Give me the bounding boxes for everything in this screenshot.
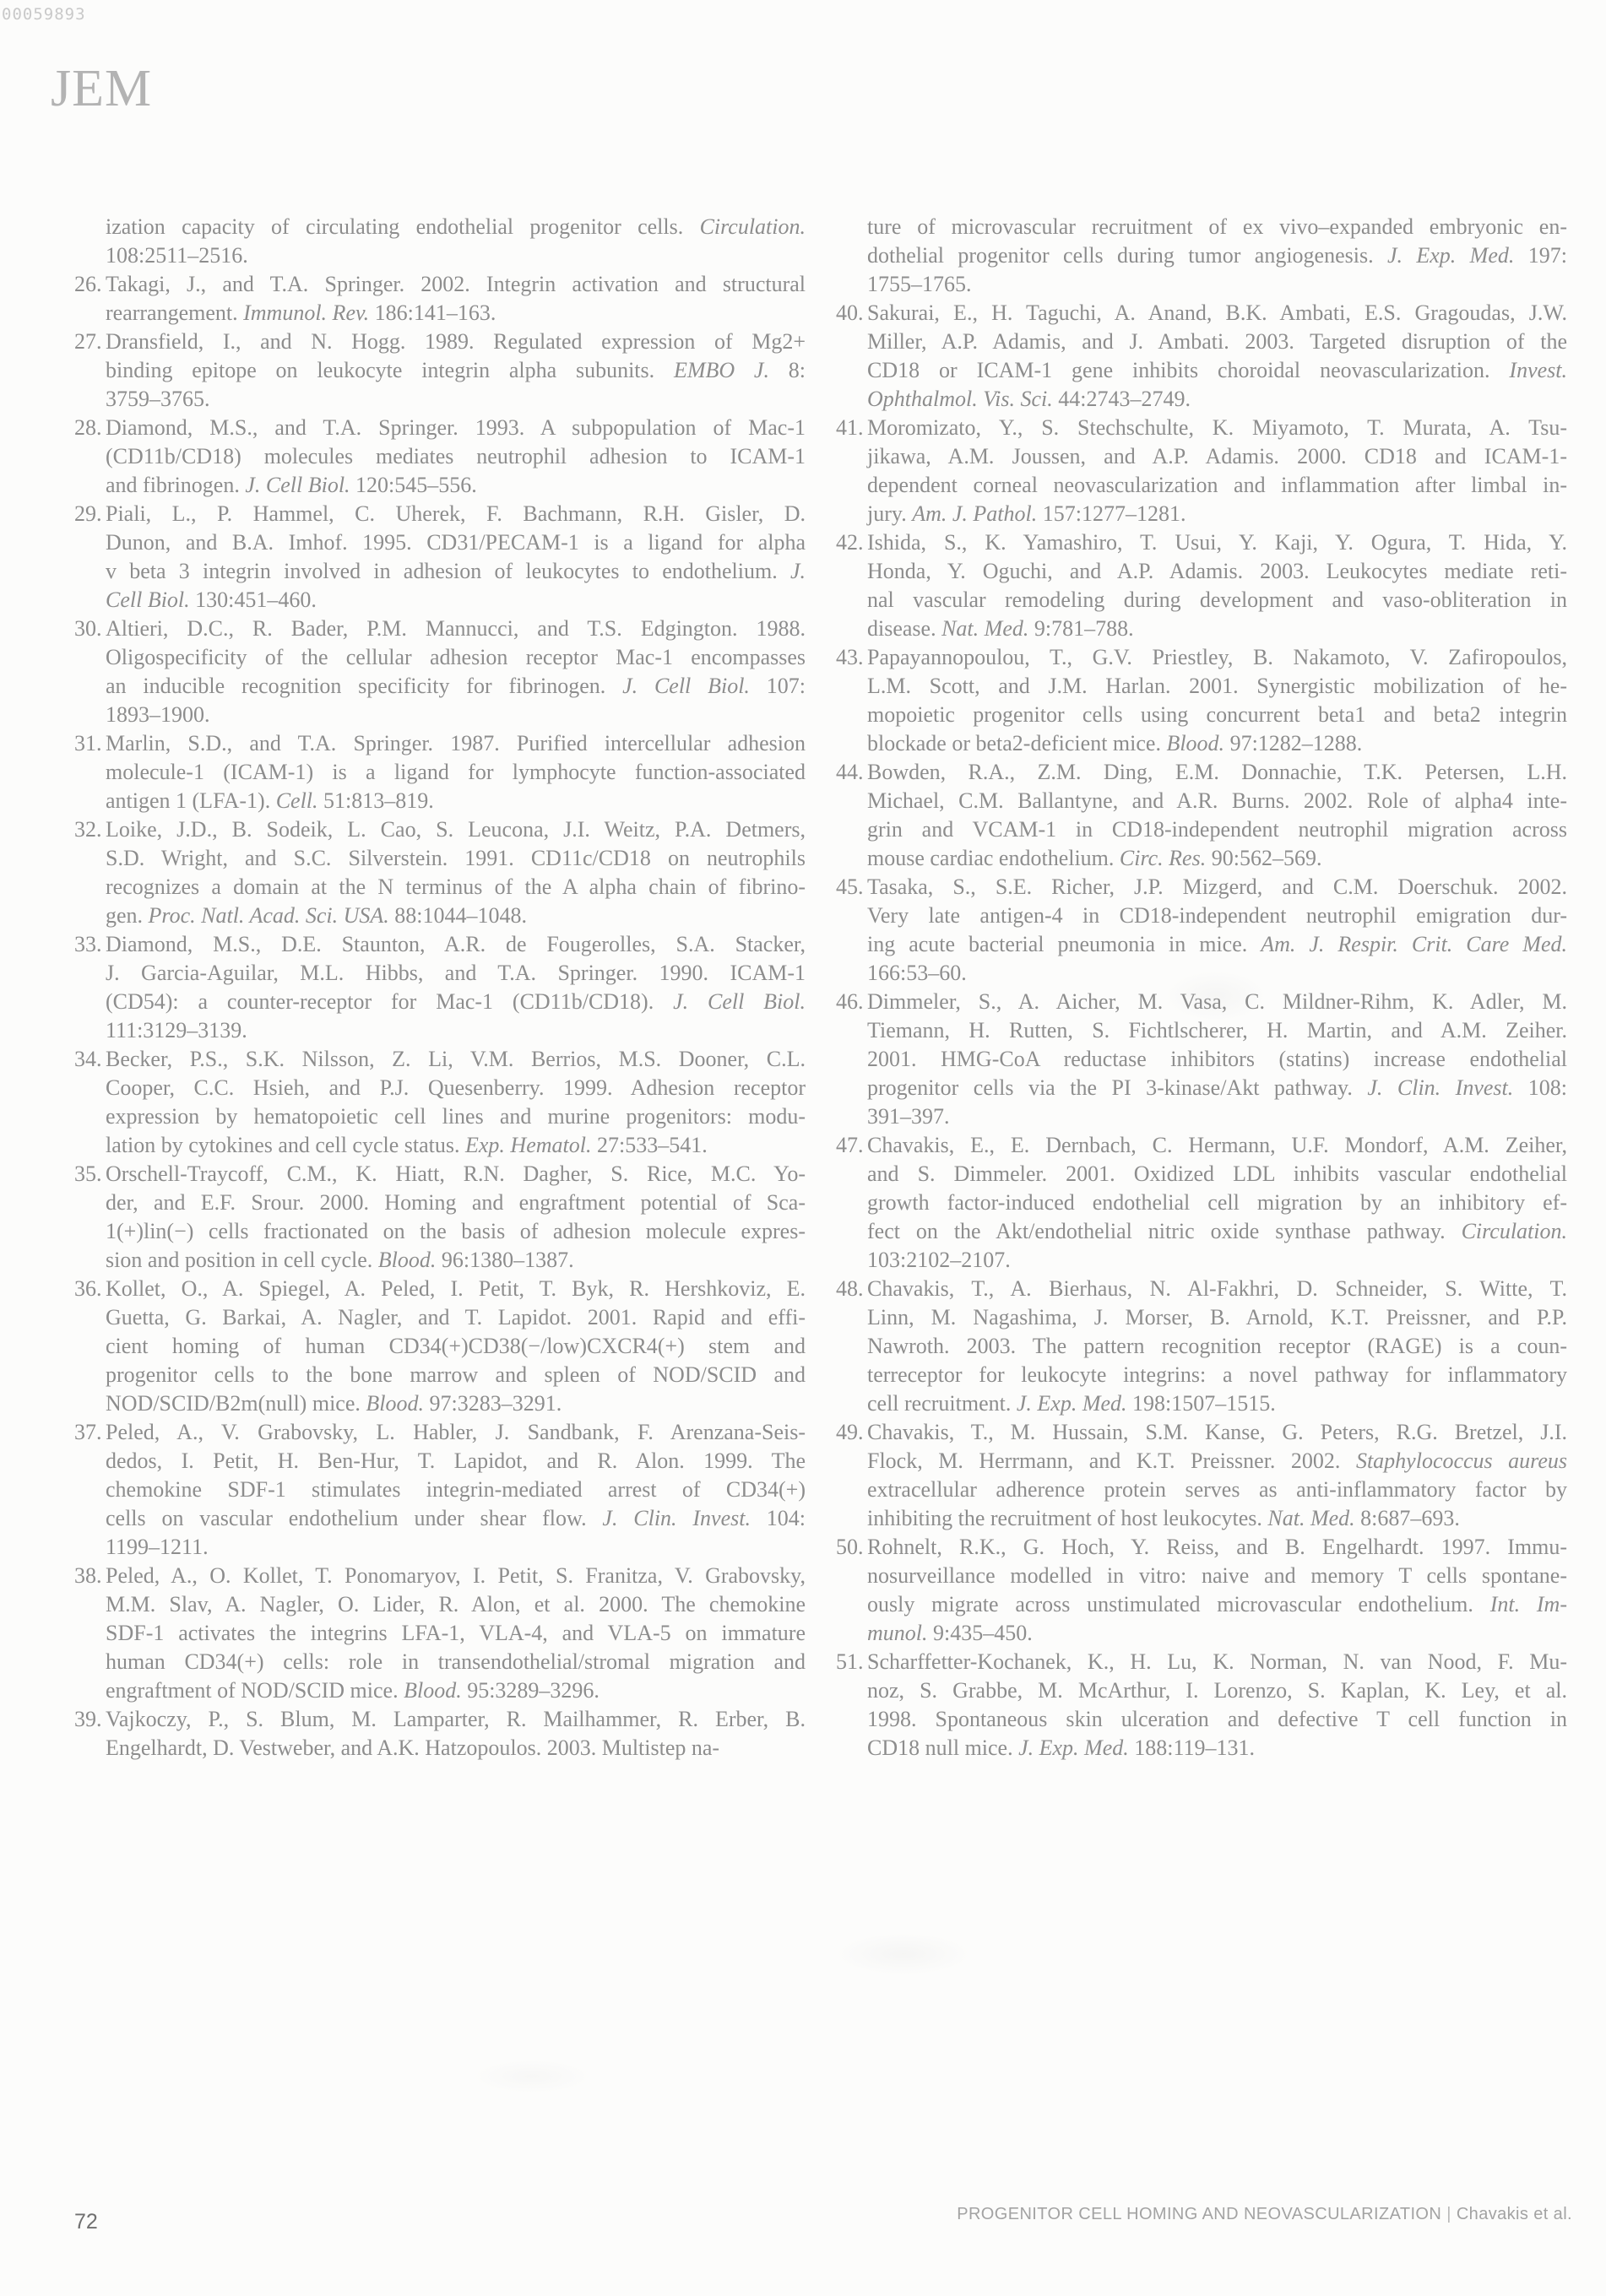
reference-text: Kollet, O., A. Spiegel, A. Peled, I. Pet… — [106, 1275, 806, 1418]
reference-number: 31. — [74, 729, 102, 758]
reference-line: extracellular adherence protein serves a… — [867, 1476, 1567, 1504]
reference-number: 37. — [74, 1418, 102, 1447]
reference-line: Tasaka, S., S.E. Richer, J.P. Mizgerd, a… — [867, 873, 1567, 902]
reference-text: Ishida, S., K. Yamashiro, T. Usui, Y. Ka… — [867, 528, 1567, 643]
reference-number: 29. — [74, 500, 102, 528]
reference-line: an inducible recognition specificity for… — [106, 672, 806, 701]
reference-line: binding epitope on leukocyte integrin al… — [106, 356, 806, 385]
reference-line: mopoietic progenitor cells using concurr… — [867, 701, 1567, 729]
reference-item: 43.Papayannopoulou, T., G.V. Priestley, … — [836, 643, 1567, 758]
reference-number: 48. — [836, 1275, 864, 1303]
reference-line: Peled, A., V. Grabovsky, L. Habler, J. S… — [106, 1418, 806, 1447]
reference-item: 27.Dransfield, I., and N. Hogg. 1989. Re… — [74, 328, 806, 414]
reference-text: Sakurai, E., H. Taguchi, A. Anand, B.K. … — [867, 299, 1567, 414]
reference-item: 33.Diamond, M.S., D.E. Staunton, A.R. de… — [74, 930, 806, 1045]
reference-item: 34.Becker, P.S., S.K. Nilsson, Z. Li, V.… — [74, 1045, 806, 1160]
reference-line: S.D. Wright, and S.C. Silverstein. 1991.… — [106, 844, 806, 873]
reference-line: Sakurai, E., H. Taguchi, A. Anand, B.K. … — [867, 299, 1567, 328]
reference-line: recognizes a domain at the N terminus of… — [106, 873, 806, 902]
footer-page-number: 72 — [74, 2210, 98, 2234]
reference-line: 1755–1765. — [867, 270, 1567, 299]
reference-line: Dransfield, I., and N. Hogg. 1989. Regul… — [106, 328, 806, 356]
reference-line: nosurveillance modelled in vitro: naive … — [867, 1562, 1567, 1590]
reference-text: Tasaka, S., S.E. Richer, J.P. Mizgerd, a… — [867, 873, 1567, 988]
reference-line: Engelhardt, D. Vestweber, and A.K. Hatzo… — [106, 1734, 806, 1763]
reference-line: Takagi, J., and T.A. Springer. 2002. Int… — [106, 270, 806, 299]
reference-item: 29.Piali, L., P. Hammel, C. Uherek, F. B… — [74, 500, 806, 615]
reference-item: 36.Kollet, O., A. Spiegel, A. Peled, I. … — [74, 1275, 806, 1418]
reference-line: Kollet, O., A. Spiegel, A. Peled, I. Pet… — [106, 1275, 806, 1303]
reference-line: dothelial progenitor cells during tumor … — [867, 241, 1567, 270]
reference-line: mouse cardiac endothelium. Circ. Res. 90… — [867, 844, 1567, 873]
footer-running-title: PROGENITOR CELL HOMING AND NEOVASCULARIZ… — [957, 2205, 1441, 2223]
paper-page: 00059893 JEM ization capacity of circula… — [0, 0, 1606, 2296]
reference-text: Altieri, D.C., R. Bader, P.M. Mannucci, … — [106, 615, 806, 729]
reference-number: 51. — [836, 1648, 864, 1676]
reference-line: Very late antigen-4 in CD18-independent … — [867, 902, 1567, 930]
reference-line: ization capacity of circulating endothel… — [106, 213, 806, 241]
reference-text: Takagi, J., and T.A. Springer. 2002. Int… — [106, 270, 806, 328]
reference-line: human CD34(+) cells: role in transendoth… — [106, 1648, 806, 1676]
reference-line: Piali, L., P. Hammel, C. Uherek, F. Bach… — [106, 500, 806, 528]
reference-item: 48.Chavakis, T., A. Bierhaus, N. Al-Fakh… — [836, 1275, 1567, 1418]
reference-line: lation by cytokines and cell cycle statu… — [106, 1131, 806, 1160]
reference-item: 50.Rohnelt, R.K., G. Hoch, Y. Reiss, and… — [836, 1533, 1567, 1648]
reference-line: cell recruitment. J. Exp. Med. 198:1507–… — [867, 1389, 1567, 1418]
reference-line: molecule-1 (ICAM-1) is a ligand for lymp… — [106, 758, 806, 787]
reference-line: L.M. Scott, and J.M. Harlan. 2001. Syner… — [867, 672, 1567, 701]
reference-line: disease. Nat. Med. 9:781–788. — [867, 615, 1567, 643]
reference-number: 38. — [74, 1562, 102, 1590]
reference-line: Dimmeler, S., A. Aicher, M. Vasa, C. Mil… — [867, 988, 1567, 1016]
reference-item: 38.Peled, A., O. Kollet, T. Ponomaryov, … — [74, 1562, 806, 1705]
reference-line: 1(+)lin(−) cells fractionated on the bas… — [106, 1217, 806, 1246]
reference-line: Papayannopoulou, T., G.V. Priestley, B. … — [867, 643, 1567, 672]
reference-line: ing acute bacterial pneumonia in mice. A… — [867, 930, 1567, 959]
footer-running-head: PROGENITOR CELL HOMING AND NEOVASCULARIZ… — [957, 2205, 1572, 2224]
reference-number: 45. — [836, 873, 864, 902]
reference-line: grin and VCAM-1 in CD18-independent neut… — [867, 815, 1567, 844]
reference-number: 46. — [836, 988, 864, 1016]
reference-line: fect on the Akt/endothelial nitric oxide… — [867, 1217, 1567, 1246]
reference-line: v beta 3 integrin involved in adhesion o… — [106, 557, 806, 586]
reference-text: Rohnelt, R.K., G. Hoch, Y. Reiss, and B.… — [867, 1533, 1567, 1648]
reference-line: Chavakis, T., A. Bierhaus, N. Al-Fakhri,… — [867, 1275, 1567, 1303]
reference-line: Loike, J.D., B. Sodeik, L. Cao, S. Leuco… — [106, 815, 806, 844]
reference-line: NOD/SCID/B2m(null) mice. Blood. 97:3283–… — [106, 1389, 806, 1418]
reference-number: 47. — [836, 1131, 864, 1160]
reference-line: M.M. Slav, A. Nagler, O. Lider, R. Alon,… — [106, 1590, 806, 1619]
reference-text: Scharffetter-Kochanek, K., H. Lu, K. Nor… — [867, 1648, 1567, 1763]
reference-text: Marlin, S.D., and T.A. Springer. 1987. P… — [106, 729, 806, 815]
reference-number: 32. — [74, 815, 102, 844]
reference-line: chemokine SDF-1 stimulates integrin-medi… — [106, 1476, 806, 1504]
reference-item: 35.Orschell-Traycoff, C.M., K. Hiatt, R.… — [74, 1160, 806, 1275]
reference-line: ture of microvascular recruitment of ex … — [867, 213, 1567, 241]
reference-number: 26. — [74, 270, 102, 299]
reference-number: 34. — [74, 1045, 102, 1074]
scan-smudge — [836, 1933, 971, 1975]
reference-item: 39.Vajkoczy, P., S. Blum, M. Lamparter, … — [74, 1705, 806, 1763]
footer-separator: | — [1441, 2205, 1457, 2223]
reference-line: (CD11b/CD18) molecules mediates neutroph… — [106, 442, 806, 471]
reference-line: dependent corneal neovascularization and… — [867, 471, 1567, 500]
reference-line: rearrangement. Immunol. Rev. 186:141–163… — [106, 299, 806, 328]
reference-item: 44.Bowden, R.A., Z.M. Ding, E.M. Donnach… — [836, 758, 1567, 873]
reference-number: 27. — [74, 328, 102, 356]
reference-line: CD18 or ICAM-1 gene inhibits choroidal n… — [867, 356, 1567, 385]
reference-number: 35. — [74, 1160, 102, 1189]
reference-line: 391–397. — [867, 1102, 1567, 1131]
reference-line: SDF-1 activates the integrins LFA-1, VLA… — [106, 1619, 806, 1648]
reference-line: growth factor-induced endothelial cell m… — [867, 1189, 1567, 1217]
reference-line: (CD54): a counter-receptor for Mac-1 (CD… — [106, 988, 806, 1016]
reference-number: 39. — [74, 1705, 102, 1734]
reference-line: Peled, A., O. Kollet, T. Ponomaryov, I. … — [106, 1562, 806, 1590]
reference-item: 47.Chavakis, E., E. Dernbach, C. Hermann… — [836, 1131, 1567, 1275]
reference-item: 37.Peled, A., V. Grabovsky, L. Habler, J… — [74, 1418, 806, 1562]
reference-line: terreceptor for leukocyte integrins: a n… — [867, 1361, 1567, 1389]
reference-line: 1893–1900. — [106, 701, 806, 729]
reference-line: Cooper, C.C. Hsieh, and P.J. Quesenberry… — [106, 1074, 806, 1102]
reference-line: Honda, Y. Oguchi, and A.P. Adamis. 2003.… — [867, 557, 1567, 586]
reference-line: Oligospecificity of the cellular adhesio… — [106, 643, 806, 672]
reference-line: CD18 null mice. J. Exp. Med. 188:119–131… — [867, 1734, 1567, 1763]
reference-line: Tiemann, H. Rutten, S. Fichtlscherer, H.… — [867, 1016, 1567, 1045]
scan-serial-number: 00059893 — [2, 5, 86, 24]
reference-text: Dransfield, I., and N. Hogg. 1989. Regul… — [106, 328, 806, 414]
reference-number: 49. — [836, 1418, 864, 1447]
reference-text: Becker, P.S., S.K. Nilsson, Z. Li, V.M. … — [106, 1045, 806, 1160]
reference-item: 31.Marlin, S.D., and T.A. Springer. 1987… — [74, 729, 806, 815]
reference-line: Ishida, S., K. Yamashiro, T. Usui, Y. Ka… — [867, 528, 1567, 557]
reference-item: 26.Takagi, J., and T.A. Springer. 2002. … — [74, 270, 806, 328]
reference-text: Chavakis, T., A. Bierhaus, N. Al-Fakhri,… — [867, 1275, 1567, 1418]
reference-line: Becker, P.S., S.K. Nilsson, Z. Li, V.M. … — [106, 1045, 806, 1074]
reference-line: progenitor cells via the PI 3-kinase/Akt… — [867, 1074, 1567, 1102]
reference-text: Chavakis, T., M. Hussain, S.M. Kanse, G.… — [867, 1418, 1567, 1533]
reference-line: Chavakis, E., E. Dernbach, C. Hermann, U… — [867, 1131, 1567, 1160]
reference-text: Diamond, M.S., D.E. Staunton, A.R. de Fo… — [106, 930, 806, 1045]
reference-line: Guetta, G. Barkai, A. Nagler, and T. Lap… — [106, 1303, 806, 1332]
reference-line: Rohnelt, R.K., G. Hoch, Y. Reiss, and B.… — [867, 1533, 1567, 1562]
reference-text: Piali, L., P. Hammel, C. Uherek, F. Bach… — [106, 500, 806, 615]
reference-number: 41. — [836, 414, 864, 442]
reference-text: Moromizato, Y., S. Stechschulte, K. Miya… — [867, 414, 1567, 528]
reference-line: Bowden, R.A., Z.M. Ding, E.M. Donnachie,… — [867, 758, 1567, 787]
reference-line: Orschell-Traycoff, C.M., K. Hiatt, R.N. … — [106, 1160, 806, 1189]
reference-text: Dimmeler, S., A. Aicher, M. Vasa, C. Mil… — [867, 988, 1567, 1131]
reference-line: engraftment of NOD/SCID mice. Blood. 95:… — [106, 1676, 806, 1705]
reference-line: noz, S. Grabbe, M. McArthur, I. Lorenzo,… — [867, 1676, 1567, 1705]
reference-line: inhibiting the recruitment of host leuko… — [867, 1504, 1567, 1533]
reference-item: ization capacity of circulating endothel… — [74, 213, 806, 270]
reference-line: der, and E.F. Srour. 2000. Homing and en… — [106, 1189, 806, 1217]
reference-line: Nawroth. 2003. The pattern recognition r… — [867, 1332, 1567, 1361]
reference-line: 111:3129–3139. — [106, 1016, 806, 1045]
reference-line: Diamond, M.S., and T.A. Springer. 1993. … — [106, 414, 806, 442]
reference-text: Papayannopoulou, T., G.V. Priestley, B. … — [867, 643, 1567, 758]
reference-text: Diamond, M.S., and T.A. Springer. 1993. … — [106, 414, 806, 500]
reference-line: expression by hematopoietic cell lines a… — [106, 1102, 806, 1131]
reference-item: 30.Altieri, D.C., R. Bader, P.M. Mannucc… — [74, 615, 806, 729]
reference-line: Scharffetter-Kochanek, K., H. Lu, K. Nor… — [867, 1648, 1567, 1676]
reference-number: 33. — [74, 930, 102, 959]
reference-item: 40.Sakurai, E., H. Taguchi, A. Anand, B.… — [836, 299, 1567, 414]
reference-line: antigen 1 (LFA-1). Cell. 51:813–819. — [106, 787, 806, 815]
reference-line: Dunon, and B.A. Imhof. 1995. CD31/PECAM-… — [106, 528, 806, 557]
scan-smudge — [473, 2060, 591, 2093]
reference-line: munol. 9:435–450. — [867, 1619, 1567, 1648]
reference-line: Ophthalmol. Vis. Sci. 44:2743–2749. — [867, 385, 1567, 414]
reference-number: 28. — [74, 414, 102, 442]
reference-item: 42.Ishida, S., K. Yamashiro, T. Usui, Y.… — [836, 528, 1567, 643]
reference-line: Moromizato, Y., S. Stechschulte, K. Miya… — [867, 414, 1567, 442]
reference-line: 1199–1211. — [106, 1533, 806, 1562]
reference-item: 41.Moromizato, Y., S. Stechschulte, K. M… — [836, 414, 1567, 528]
reference-number: 40. — [836, 299, 864, 328]
reference-line: cient homing of human CD34(+)CD38(−/low)… — [106, 1332, 806, 1361]
reference-text: Bowden, R.A., Z.M. Ding, E.M. Donnachie,… — [867, 758, 1567, 873]
reference-line: Vajkoczy, P., S. Blum, M. Lamparter, R. … — [106, 1705, 806, 1734]
reference-line: ously migrate across unstimulated microv… — [867, 1590, 1567, 1619]
reference-column-right: ture of microvascular recruitment of ex … — [836, 213, 1567, 1763]
reference-line: nal vascular remodeling during developme… — [867, 586, 1567, 615]
reference-line: blockade or beta2-deficient mice. Blood.… — [867, 729, 1567, 758]
reference-line: J. Garcia-Aguilar, M.L. Hibbs, and T.A. … — [106, 959, 806, 988]
reference-text: Chavakis, E., E. Dernbach, C. Hermann, U… — [867, 1131, 1567, 1275]
reference-line: Michael, C.M. Ballantyne, and A.R. Burns… — [867, 787, 1567, 815]
reference-text: Orschell-Traycoff, C.M., K. Hiatt, R.N. … — [106, 1160, 806, 1275]
reference-number: 36. — [74, 1275, 102, 1303]
reference-line: Diamond, M.S., D.E. Staunton, A.R. de Fo… — [106, 930, 806, 959]
reference-line: progenitor cells to the bone marrow and … — [106, 1361, 806, 1389]
reference-line: 108:2511–2516. — [106, 241, 806, 270]
reference-text: Peled, A., V. Grabovsky, L. Habler, J. S… — [106, 1418, 806, 1562]
reference-text: Peled, A., O. Kollet, T. Ponomaryov, I. … — [106, 1562, 806, 1705]
reference-line: Marlin, S.D., and T.A. Springer. 1987. P… — [106, 729, 806, 758]
reference-item: 28.Diamond, M.S., and T.A. Springer. 199… — [74, 414, 806, 500]
reference-line: 2001. HMG-CoA reductase inhibitors (stat… — [867, 1045, 1567, 1074]
reference-text: ization capacity of circulating endothel… — [106, 213, 806, 270]
reference-line: Linn, M. Nagashima, J. Morser, B. Arnold… — [867, 1303, 1567, 1332]
reference-line: sion and position in cell cycle. Blood. … — [106, 1246, 806, 1275]
reference-line: 103:2102–2107. — [867, 1246, 1567, 1275]
reference-text: ture of microvascular recruitment of ex … — [867, 213, 1567, 299]
reference-text: Vajkoczy, P., S. Blum, M. Lamparter, R. … — [106, 1705, 806, 1763]
footer-authors: Chavakis et al. — [1457, 2205, 1572, 2223]
reference-number: 44. — [836, 758, 864, 787]
reference-line: dedos, I. Petit, H. Ben-Hur, T. Lapidot,… — [106, 1447, 806, 1476]
reference-line: Altieri, D.C., R. Bader, P.M. Mannucci, … — [106, 615, 806, 643]
reference-item: 51.Scharffetter-Kochanek, K., H. Lu, K. … — [836, 1648, 1567, 1763]
reference-number: 30. — [74, 615, 102, 643]
reference-line: Cell Biol. 130:451–460. — [106, 586, 806, 615]
reference-item: ture of microvascular recruitment of ex … — [836, 213, 1567, 299]
reference-number: 42. — [836, 528, 864, 557]
reference-line: 1998. Spontaneous skin ulceration and de… — [867, 1705, 1567, 1734]
reference-item: 49.Chavakis, T., M. Hussain, S.M. Kanse,… — [836, 1418, 1567, 1533]
reference-line: and S. Dimmeler. 2001. Oxidized LDL inhi… — [867, 1160, 1567, 1189]
reference-line: jury. Am. J. Pathol. 157:1277–1281. — [867, 500, 1567, 528]
reference-line: cells on vascular endothelium under shea… — [106, 1504, 806, 1533]
reference-number: 50. — [836, 1533, 864, 1562]
reference-line: and fibrinogen. J. Cell Biol. 120:545–55… — [106, 471, 806, 500]
reference-line: gen. Proc. Natl. Acad. Sci. USA. 88:1044… — [106, 902, 806, 930]
reference-line: Miller, A.P. Adamis, and J. Ambati. 2003… — [867, 328, 1567, 356]
reference-item: 45.Tasaka, S., S.E. Richer, J.P. Mizgerd… — [836, 873, 1567, 988]
reference-item: 46.Dimmeler, S., A. Aicher, M. Vasa, C. … — [836, 988, 1567, 1131]
reference-column-left: ization capacity of circulating endothel… — [74, 213, 806, 1763]
reference-line: 3759–3765. — [106, 385, 806, 414]
reference-line: jikawa, A.M. Joussen, and A.P. Adamis. 2… — [867, 442, 1567, 471]
reference-line: Flock, M. Herrmann, and K.T. Preissner. … — [867, 1447, 1567, 1476]
reference-number: 43. — [836, 643, 864, 672]
reference-item: 32.Loike, J.D., B. Sodeik, L. Cao, S. Le… — [74, 815, 806, 930]
reference-line: 166:53–60. — [867, 959, 1567, 988]
reference-line: Chavakis, T., M. Hussain, S.M. Kanse, G.… — [867, 1418, 1567, 1447]
reference-text: Loike, J.D., B. Sodeik, L. Cao, S. Leuco… — [106, 815, 806, 930]
jem-logo: JEM — [51, 59, 152, 119]
